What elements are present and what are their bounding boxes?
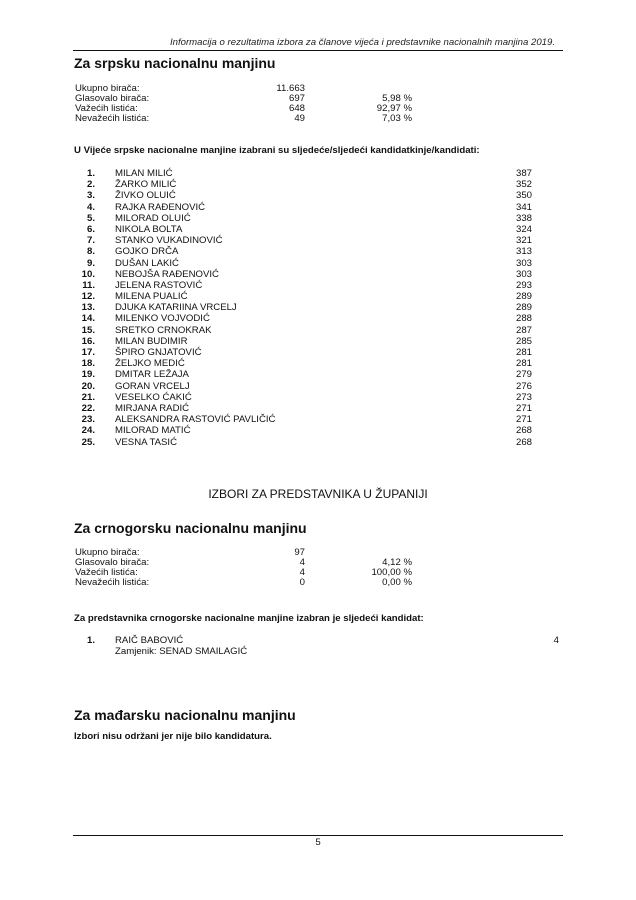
candidate-name: GOJKO DRČA xyxy=(115,246,178,257)
candidate-row: 13.DJUKA KATARIINA VRCELJ289 xyxy=(74,302,536,313)
candidate-votes: 268 xyxy=(516,425,532,436)
candidate-votes: 281 xyxy=(516,358,532,369)
candidate-number: 21. xyxy=(74,392,95,403)
subheading-serbian: U Vijeće srpske nacionalne manjine izabr… xyxy=(74,145,480,157)
candidate-votes: 324 xyxy=(516,224,532,235)
candidate-row: 23.ALEKSANDRA RASTOVIĆ PAVLIČIĆ271 xyxy=(74,414,536,425)
candidate-votes: 350 xyxy=(516,190,532,201)
candidate-number: 14. xyxy=(74,313,95,324)
candidate-row: 4.RAJKA RAĐENOVIĆ341 xyxy=(74,202,536,213)
candidate-name: VESNA TASIĆ xyxy=(115,437,177,448)
candidate-row: 1. RAIČ BABOVIĆ 4 xyxy=(74,635,536,646)
candidate-number: 18. xyxy=(74,358,95,369)
candidate-row: 25.VESNA TASIĆ268 xyxy=(74,437,536,448)
candidate-row: 15.SRETKO CRNOKRAK287 xyxy=(74,325,536,336)
stat-percent: 0,00 % xyxy=(382,578,412,588)
candidate-number: 16. xyxy=(74,336,95,347)
candidate-row: 11.JELENA RASTOVIĆ293 xyxy=(74,280,536,291)
candidate-number: 17. xyxy=(74,347,95,358)
candidate-name: ALEKSANDRA RASTOVIĆ PAVLIČIĆ xyxy=(115,414,275,425)
candidate-name: JELENA RASTOVIĆ xyxy=(115,280,202,291)
candidate-name: MILAN BUDIMIR xyxy=(115,336,188,347)
candidate-name: ŽIVKO OLUIĆ xyxy=(115,190,176,201)
candidate-votes: 273 xyxy=(516,392,532,403)
candidate-number: 4. xyxy=(74,202,95,213)
candidate-votes: 281 xyxy=(516,347,532,358)
candidate-votes: 276 xyxy=(516,381,532,392)
candidate-name: MILENA PUALIĆ xyxy=(115,291,188,302)
candidate-name: MILENKO VOJVODIĆ xyxy=(115,313,210,324)
candidate-number: 6. xyxy=(74,224,95,235)
candidate-row: 9.DUŠAN LAKIĆ303 xyxy=(74,258,536,269)
candidate-votes: 288 xyxy=(516,313,532,324)
candidate-votes: 279 xyxy=(516,369,532,380)
stat-percent: 7,03 % xyxy=(382,114,412,124)
section-title-serbian: Za srpsku nacionalnu manjinu xyxy=(74,55,275,71)
candidate-votes: 338 xyxy=(516,213,532,224)
candidate-number: 8. xyxy=(74,246,95,257)
subheading-montenegrin: Za predstavnika crnogorske nacionalne ma… xyxy=(74,613,424,625)
candidate-row: 17.ŠPIRO GNJATOVIĆ281 xyxy=(74,347,536,358)
candidate-number: 23. xyxy=(74,414,95,425)
candidate-row: 3.ŽIVKO OLUIĆ350 xyxy=(74,190,536,201)
stat-value: 0 xyxy=(300,578,305,588)
candidate-number: 1. xyxy=(74,168,95,179)
candidate-votes: 271 xyxy=(516,414,532,425)
candidate-list-serbian: 1.MILAN MILIĆ3872.ŽARKO MILIĆ3523.ŽIVKO … xyxy=(74,168,536,448)
candidate-number: 15. xyxy=(74,325,95,336)
candidate-row: 19.DMITAR LEŽAJA279 xyxy=(74,369,536,380)
candidate-row: 24.MILORAD MATIĆ268 xyxy=(74,425,536,436)
section-title-hungarian: Za mađarsku nacionalnu manjinu xyxy=(74,707,296,723)
stats-row: Nevažećih listića:497,03 % xyxy=(75,114,420,124)
candidate-name: NEBOJŠA RAĐENOVIĆ xyxy=(115,269,219,280)
candidate-number: 5. xyxy=(74,213,95,224)
county-heading: IZBORI ZA PREDSTAVNIKA U ŽUPANIJI xyxy=(73,487,563,501)
candidate-votes: 293 xyxy=(516,280,532,291)
hungarian-note: Izbori nisu održani jer nije bilo kandid… xyxy=(74,731,272,743)
candidate-montenegrin: 1. RAIČ BABOVIĆ 4 Zamjenik: SENAD SMAILA… xyxy=(74,635,536,657)
candidate-number: 20. xyxy=(74,381,95,392)
stats-serbian: Ukupno birača:11.663Glasovalo birača:697… xyxy=(75,84,420,124)
candidate-votes: 4 xyxy=(554,635,559,646)
candidate-votes: 313 xyxy=(516,246,532,257)
candidate-votes: 289 xyxy=(516,291,532,302)
stats-montenegrin: Ukupno birača:97Glasovalo birača:44,12 %… xyxy=(75,548,420,588)
candidate-number: 2. xyxy=(74,179,95,190)
candidate-name: DMITAR LEŽAJA xyxy=(115,369,189,380)
candidate-votes: 271 xyxy=(516,403,532,414)
candidate-name: MILORAD MATIĆ xyxy=(115,425,191,436)
candidate-number: 10. xyxy=(74,269,95,280)
stats-row: Nevažećih listića:00,00 % xyxy=(75,578,420,588)
candidate-name: RAIČ BABOVIĆ xyxy=(115,635,183,646)
candidate-row: 7.STANKO VUKADINOVIĆ321 xyxy=(74,235,536,246)
candidate-name: DJUKA KATARIINA VRCELJ xyxy=(115,302,237,313)
candidate-number: 13. xyxy=(74,302,95,313)
candidate-name: VESELKO ĆAKIĆ xyxy=(115,392,192,403)
stat-value: 49 xyxy=(294,114,305,124)
candidate-number: 1. xyxy=(74,635,95,646)
candidate-votes: 268 xyxy=(516,437,532,448)
candidate-number: 22. xyxy=(74,403,95,414)
deputy-name: Zamjenik: SENAD SMAILAGIĆ xyxy=(115,646,247,657)
running-header: Informacija o rezultatima izbora za član… xyxy=(73,37,563,49)
candidate-number: 7. xyxy=(74,235,95,246)
candidate-name: SRETKO CRNOKRAK xyxy=(115,325,212,336)
candidate-votes: 289 xyxy=(516,302,532,313)
candidate-row: 21.VESELKO ĆAKIĆ273 xyxy=(74,392,536,403)
candidate-votes: 303 xyxy=(516,269,532,280)
candidate-row: 5.MILORAD OLUIĆ338 xyxy=(74,213,536,224)
section-title-montenegrin: Za crnogorsku nacionalnu manjinu xyxy=(74,520,307,536)
candidate-name: NIKOLA BOLTA xyxy=(115,224,182,235)
candidate-row: 20.GORAN VRCELJ276 xyxy=(74,381,536,392)
candidate-name: MILAN MILIĆ xyxy=(115,168,173,179)
candidate-row: 8.GOJKO DRČA313 xyxy=(74,246,536,257)
candidate-name: ŽARKO MILIĆ xyxy=(115,179,176,190)
candidate-number: 3. xyxy=(74,190,95,201)
candidate-number: 19. xyxy=(74,369,95,380)
candidate-row: 6.NIKOLA BOLTA324 xyxy=(74,224,536,235)
candidate-name: RAJKA RAĐENOVIĆ xyxy=(115,202,205,213)
candidate-number: 12. xyxy=(74,291,95,302)
deputy-row: Zamjenik: SENAD SMAILAGIĆ xyxy=(74,646,536,657)
candidate-row: 2.ŽARKO MILIĆ352 xyxy=(74,179,536,190)
candidate-votes: 387 xyxy=(516,168,532,179)
footer-rule xyxy=(73,835,563,836)
candidate-row: 22.MIRJANA RADIĆ271 xyxy=(74,403,536,414)
candidate-name: ŽELJKO MEDIĆ xyxy=(115,358,185,369)
candidate-votes: 341 xyxy=(516,202,532,213)
candidate-votes: 285 xyxy=(516,336,532,347)
candidate-name: MIRJANA RADIĆ xyxy=(115,403,189,414)
candidate-number: 11. xyxy=(74,280,95,291)
candidate-number: 24. xyxy=(74,425,95,436)
candidate-row: 16.MILAN BUDIMIR285 xyxy=(74,336,536,347)
candidate-name: DUŠAN LAKIĆ xyxy=(115,258,179,269)
stat-label: Nevažećih listića: xyxy=(75,578,149,588)
candidate-name: GORAN VRCELJ xyxy=(115,381,190,392)
page-number: 5 xyxy=(73,837,563,849)
candidate-votes: 303 xyxy=(516,258,532,269)
candidate-row: 18.ŽELJKO MEDIĆ281 xyxy=(74,358,536,369)
header-rule xyxy=(73,50,563,51)
candidate-name: MILORAD OLUIĆ xyxy=(115,213,191,224)
candidate-votes: 352 xyxy=(516,179,532,190)
candidate-number: 25. xyxy=(74,437,95,448)
candidate-number: 9. xyxy=(74,258,95,269)
candidate-votes: 321 xyxy=(516,235,532,246)
candidate-votes: 287 xyxy=(516,325,532,336)
candidate-row: 14.MILENKO VOJVODIĆ288 xyxy=(74,313,536,324)
candidate-row: 1.MILAN MILIĆ387 xyxy=(74,168,536,179)
candidate-row: 12.MILENA PUALIĆ289 xyxy=(74,291,536,302)
candidate-name: ŠPIRO GNJATOVIĆ xyxy=(115,347,202,358)
candidate-row: 10.NEBOJŠA RAĐENOVIĆ303 xyxy=(74,269,536,280)
candidate-name: STANKO VUKADINOVIĆ xyxy=(115,235,223,246)
stat-label: Nevažećih listića: xyxy=(75,114,149,124)
